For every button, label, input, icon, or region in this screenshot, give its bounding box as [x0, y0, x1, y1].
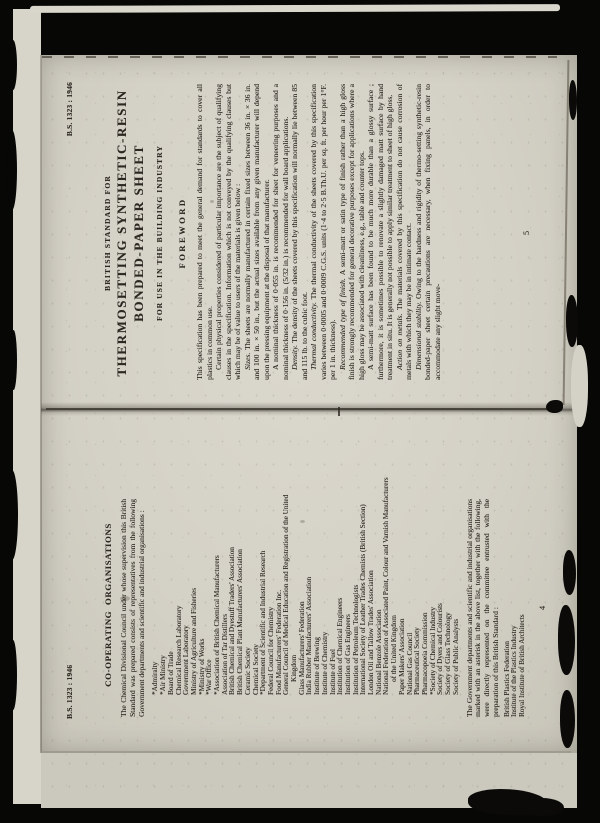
organisations-list: *Admiralty*Air MinistryBoard of TradeChe…: [152, 471, 460, 695]
gutter-ink-blob: [546, 400, 563, 413]
page-edge-sliver-top: [30, 4, 560, 13]
foreword-paragraph: Thermal conductivity. The thermal conduc…: [309, 84, 338, 380]
foreword-paragraph: Density. The density of the sheets cover…: [290, 84, 309, 380]
foreword-paragraph: Certain physical properties considered o…: [214, 84, 243, 380]
foreword-paragraph: Sizes. The sheets are normally manufactu…: [243, 84, 272, 380]
edge-blob-artifact: [566, 295, 578, 347]
foreword-paragraph: Action on metals. The materials covered …: [395, 84, 414, 380]
organisations-closing: The Government departments and scientifi…: [466, 499, 501, 717]
organisation-item: Society of Public Analysts: [453, 471, 461, 695]
standard-number-header: B.S. 1323 : 1946: [65, 665, 74, 719]
edge-bite-artifact: [7, 130, 17, 210]
smudge-artifact: [120, 596, 130, 601]
organisations-page: B.S. 1323 : 1946 CO-OPERATING ORGANISATI…: [41, 410, 577, 753]
organisation-item: National Federation of Associated Paint,…: [383, 471, 398, 695]
edge-bite-artifact: [9, 640, 17, 710]
document-title-line1: THERMOSETTING SYNTHETIC-RESIN: [114, 80, 129, 386]
scanned-book-spread: B.S. 1323 : 1946 BRITISH STANDARD FOR TH…: [0, 0, 600, 823]
bottom-blob-artifact: [522, 798, 564, 816]
edge-blob-artifact: [563, 550, 576, 595]
paper-bulge-right: [571, 345, 588, 427]
edge-bite-artifact: [9, 40, 17, 90]
smudge-artifact: [300, 520, 305, 523]
edge-bite-artifact: [10, 330, 17, 390]
gutter-fold-line: [46, 408, 551, 410]
organisations-intro: The Chemical Divisional Council under wh…: [120, 499, 146, 717]
right-page-foreword: B.S. 1323 : 1946 BRITISH STANDARD FOR TH…: [41, 56, 577, 410]
page-number-4: 4: [538, 463, 547, 753]
smudge-artifact: [210, 200, 214, 203]
left-page-organisations: B.S. 1323 : 1946 CO-OPERATING ORGANISATI…: [41, 410, 577, 753]
series-title: BRITISH STANDARD FOR: [103, 86, 112, 380]
foreword-page: B.S. 1323 : 1946 BRITISH STANDARD FOR TH…: [41, 56, 577, 410]
document-subtitle: FOR USE IN THE BUILDING INDUSTRY: [155, 86, 164, 380]
foreword-paragraph: This specification has been prepared to …: [195, 84, 214, 380]
gutter-tick-mark: [338, 407, 340, 416]
organisations-heading: CO-OPERATING ORGANISATIONS: [103, 493, 113, 717]
organisation-item: General Council of Medical Education and…: [283, 471, 298, 695]
additional-organisations-list: British Plastics FederationInstitute of …: [504, 493, 527, 717]
foreword-paragraph: Dimensional stability. Owing to the hard…: [414, 84, 443, 380]
foreword-paragraph: A nominal thickness of 0·055 in. is reco…: [271, 84, 290, 380]
edge-bite-artifact: [6, 470, 18, 560]
document-title-line2: BONDED-PAPER SHEET: [131, 80, 146, 386]
page-edge-strip-left: [13, 9, 41, 804]
organisation-item: Royal Institute of British Architects: [519, 493, 527, 717]
foreword-body: This specification has been prepared to …: [195, 84, 442, 380]
foreword-heading: FOREWORD: [177, 86, 187, 380]
edge-blob-artifact: [558, 605, 575, 675]
page-number-5: 5: [522, 56, 531, 410]
edge-blob-artifact: [560, 690, 575, 748]
foreword-paragraph: A semi-matt surface has been found to be…: [366, 84, 395, 380]
standard-number-header: B.S. 1323 : 1946: [65, 82, 74, 136]
foreword-paragraph: Recommended type of finish. A semi-matt …: [338, 84, 367, 380]
edge-blob-artifact: [569, 80, 577, 120]
